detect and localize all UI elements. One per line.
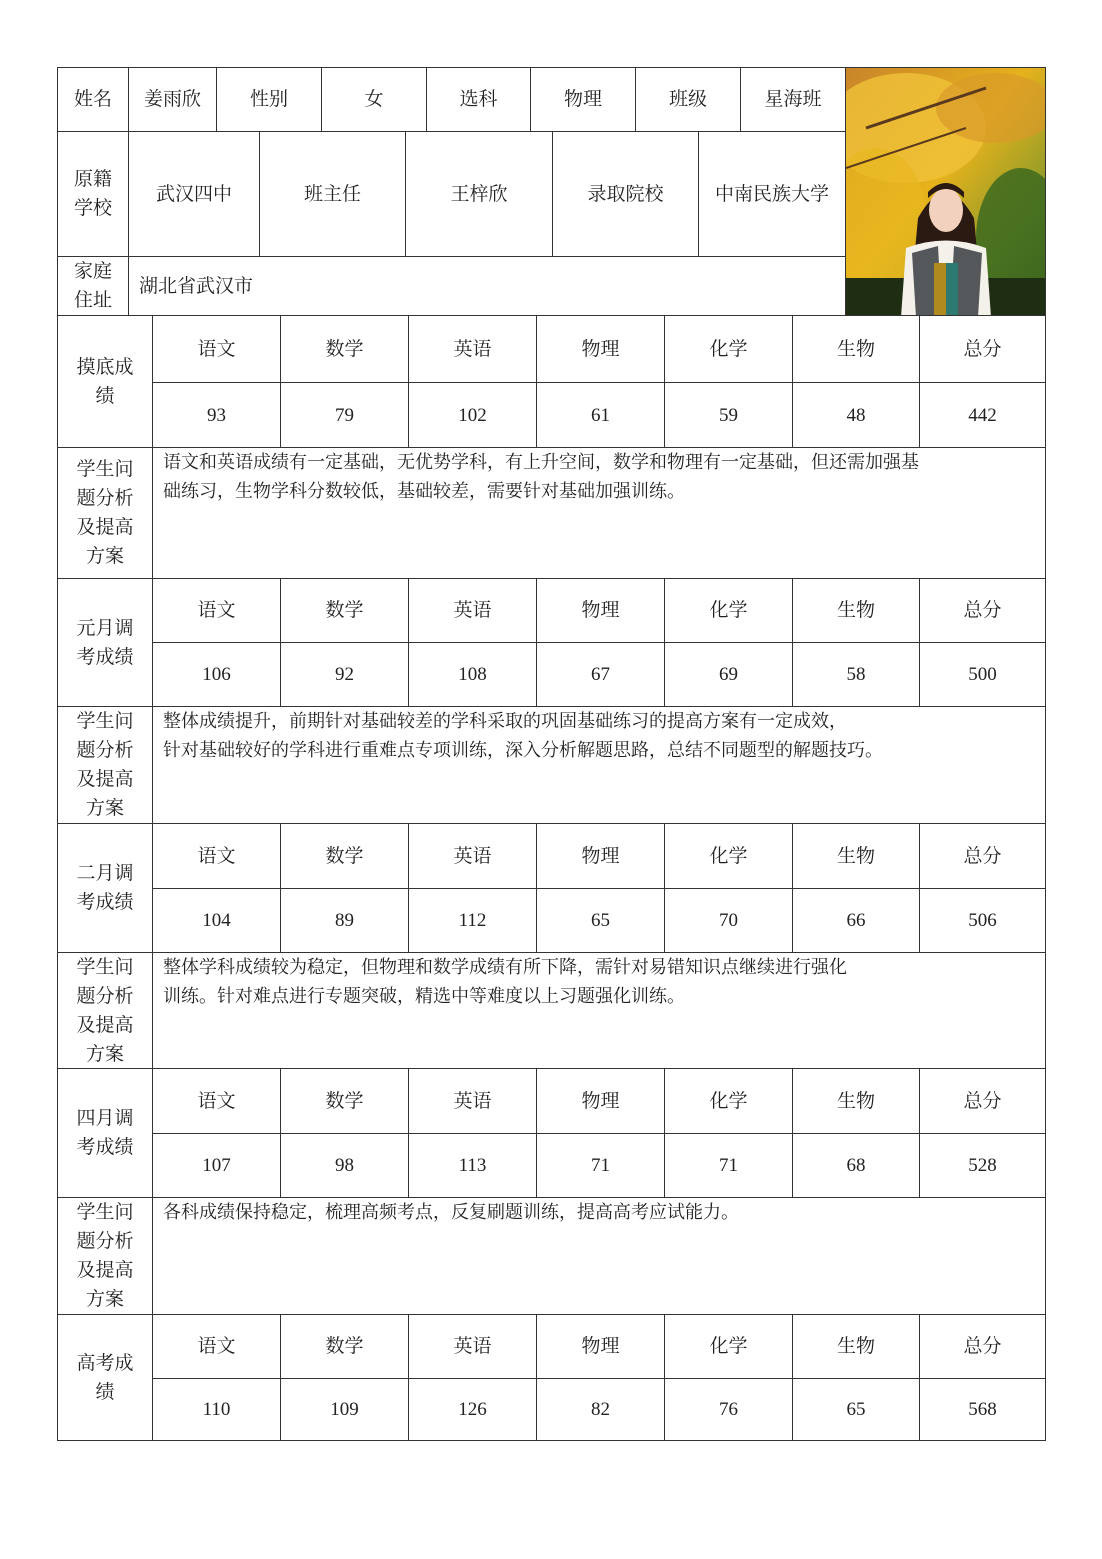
subject-header: 生物	[792, 1068, 920, 1134]
score-value: 108	[408, 642, 537, 707]
name-label: 姓名	[57, 67, 129, 132]
school-value: 武汉四中	[128, 131, 260, 257]
score-value: 65	[792, 1378, 920, 1441]
subject-header: 数学	[280, 823, 409, 889]
analysis-text: 各科成绩保持稳定，梳理高频考点，反复刷题训练，提高高考应试能力。	[152, 1197, 1046, 1315]
score-value: 528	[919, 1133, 1046, 1198]
subject-header: 数学	[280, 315, 409, 383]
subject-header: 英语	[408, 823, 537, 889]
subject-header: 语文	[152, 315, 281, 383]
score-value: 110	[152, 1378, 281, 1441]
score-value: 58	[792, 642, 920, 707]
subject-header: 总分	[919, 823, 1046, 889]
elective-label: 选科	[426, 67, 531, 132]
analysis-label: 学生问题分析及提高方案	[57, 1197, 153, 1315]
subject-header: 物理	[536, 823, 665, 889]
score-value: 66	[792, 888, 920, 953]
score-value: 89	[280, 888, 409, 953]
admitted-label: 录取院校	[552, 131, 699, 257]
score-value: 109	[280, 1378, 409, 1441]
portrait-image	[846, 68, 1046, 316]
score-value: 79	[280, 382, 409, 448]
score-value: 61	[536, 382, 665, 448]
subject-header: 英语	[408, 1068, 537, 1134]
exam-label: 四月调考成绩	[57, 1068, 153, 1198]
subject-header: 生物	[792, 578, 920, 643]
score-value: 104	[152, 888, 281, 953]
address-label: 家庭住址	[57, 256, 129, 316]
score-value: 65	[536, 888, 665, 953]
score-value: 113	[408, 1133, 537, 1198]
score-value: 69	[664, 642, 793, 707]
analysis-label: 学生问题分析及提高方案	[57, 706, 153, 824]
exam-label: 二月调考成绩	[57, 823, 153, 953]
subject-header: 物理	[536, 315, 665, 383]
score-value: 59	[664, 382, 793, 448]
analysis-text: 整体成绩提升，前期针对基础较差的学科采取的巩固基础练习的提高方案有一定成效，针对…	[152, 706, 1046, 824]
subject-header: 英语	[408, 1314, 537, 1379]
subject-header: 英语	[408, 578, 537, 643]
address-value: 湖北省武汉市	[128, 256, 846, 316]
subject-header: 物理	[536, 1314, 665, 1379]
analysis-label: 学生问题分析及提高方案	[57, 447, 153, 579]
score-value: 442	[919, 382, 1046, 448]
subject-header: 语文	[152, 578, 281, 643]
subject-header: 化学	[664, 823, 793, 889]
score-value: 67	[536, 642, 665, 707]
subject-header: 数学	[280, 578, 409, 643]
subject-header: 化学	[664, 1068, 793, 1134]
subject-header: 总分	[919, 1314, 1046, 1379]
score-value: 68	[792, 1133, 920, 1198]
score-value: 112	[408, 888, 537, 953]
subject-header: 数学	[280, 1068, 409, 1134]
analysis-text: 语文和英语成绩有一定基础，无优势学科，有上升空间，数学和物理有一定基础，但还需加…	[152, 447, 1046, 579]
score-value: 76	[664, 1378, 793, 1441]
subject-header: 化学	[664, 315, 793, 383]
score-value: 106	[152, 642, 281, 707]
score-value: 71	[536, 1133, 665, 1198]
teacher-label: 班主任	[259, 131, 406, 257]
subject-header: 总分	[919, 1068, 1046, 1134]
gender-value: 女	[321, 67, 427, 132]
score-value: 506	[919, 888, 1046, 953]
subject-header: 语文	[152, 823, 281, 889]
exam-label: 摸底成绩	[57, 315, 153, 448]
score-value: 70	[664, 888, 793, 953]
subject-header: 总分	[919, 315, 1046, 383]
subject-header: 生物	[792, 1314, 920, 1379]
gender-label: 性别	[216, 67, 322, 132]
score-value: 98	[280, 1133, 409, 1198]
elective-value: 物理	[530, 67, 636, 132]
score-value: 568	[919, 1378, 1046, 1441]
subject-header: 物理	[536, 1068, 665, 1134]
score-value: 107	[152, 1133, 281, 1198]
name-value: 姜雨欣	[128, 67, 217, 132]
exam-label: 高考成绩	[57, 1314, 153, 1441]
subject-header: 英语	[408, 315, 537, 383]
subject-header: 化学	[664, 578, 793, 643]
subject-header: 语文	[152, 1314, 281, 1379]
subject-header: 生物	[792, 315, 920, 383]
exam-label: 元月调考成绩	[57, 578, 153, 707]
score-value: 92	[280, 642, 409, 707]
subject-header: 化学	[664, 1314, 793, 1379]
subject-header: 数学	[280, 1314, 409, 1379]
school-label: 原籍学校	[57, 131, 129, 257]
score-value: 500	[919, 642, 1046, 707]
class-value: 星海班	[740, 67, 846, 132]
score-value: 126	[408, 1378, 537, 1441]
subject-header: 总分	[919, 578, 1046, 643]
admitted-value: 中南民族大学	[698, 131, 846, 257]
score-value: 93	[152, 382, 281, 448]
analysis-label: 学生问题分析及提高方案	[57, 952, 153, 1069]
analysis-text: 整体学科成绩较为稳定，但物理和数学成绩有所下降，需针对易错知识点继续进行强化训练…	[152, 952, 1046, 1069]
score-value: 102	[408, 382, 537, 448]
subject-header: 物理	[536, 578, 665, 643]
student-photo	[845, 67, 1046, 316]
class-label: 班级	[635, 67, 741, 132]
score-value: 48	[792, 382, 920, 448]
subject-header: 语文	[152, 1068, 281, 1134]
score-value: 82	[536, 1378, 665, 1441]
subject-header: 生物	[792, 823, 920, 889]
score-value: 71	[664, 1133, 793, 1198]
teacher-value: 王梓欣	[405, 131, 553, 257]
